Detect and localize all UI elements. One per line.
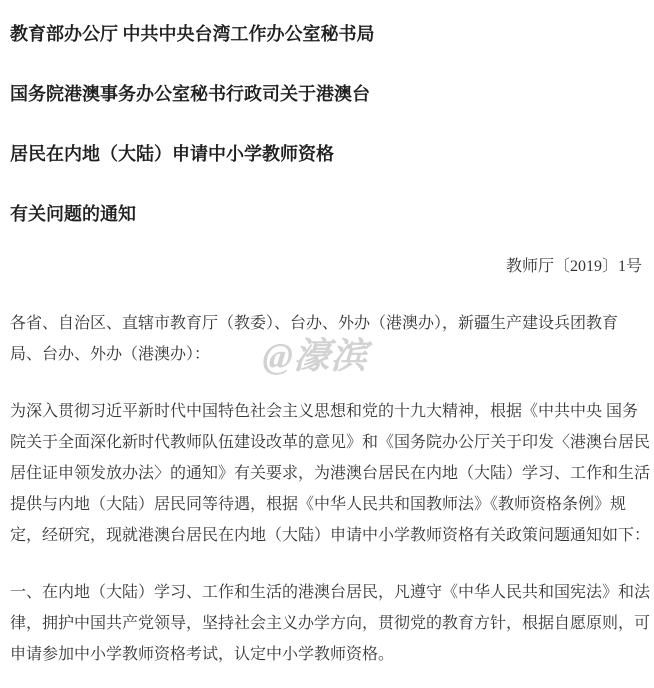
salutation-paragraph: 各省、自治区、直辖市教育厅（教委）、台办、外办（港澳办），新疆生产建设兵团教育 …	[10, 308, 650, 370]
document-content: 教育部办公厅 中共中央台湾工作办公室秘书局 国务院港澳事务办公室秘书行政司关于港…	[10, 23, 650, 670]
doc-title-line-2: 国务院港澳事务办公室秘书行政司关于港澳台	[10, 83, 650, 105]
preamble-paragraph: 为深入贯彻习近平新时代中国特色社会主义思想和党的十九大精神，根据《中共中央 国务…	[10, 396, 650, 551]
item-one-paragraph: 一、在内地（大陆）学习、工作和生活的港澳台居民，凡遵守《中华人民共和国宪法》和法…	[10, 577, 650, 670]
doc-title-line-3: 居民在内地（大陆）申请中小学教师资格	[10, 143, 650, 165]
doc-title-line-4: 有关问题的通知	[10, 203, 650, 225]
doc-title-line-1: 教育部办公厅 中共中央台湾工作办公室秘书局	[10, 23, 650, 45]
document-page: @濠滨 教育部办公厅 中共中央台湾工作办公室秘书局 国务院港澳事务办公室秘书行政…	[0, 0, 654, 688]
doc-number: 教师厅〔2019〕1号	[10, 251, 642, 282]
